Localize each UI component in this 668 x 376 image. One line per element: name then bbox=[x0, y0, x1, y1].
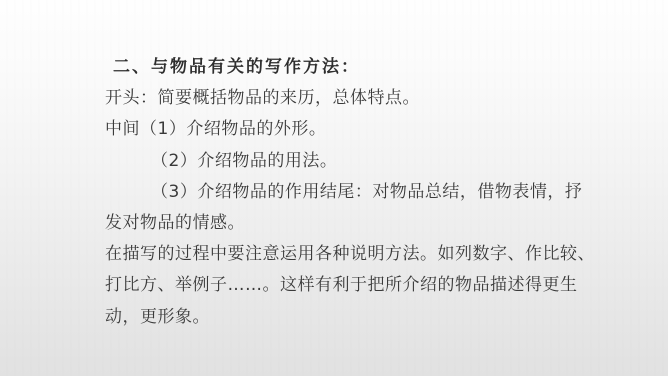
slide-text-line-item3-wrap: 发对物品的情感。 bbox=[105, 208, 585, 239]
slide-text-line-middle-item1: 中间（1）介绍物品的外形。 bbox=[105, 114, 585, 145]
slide-title: 二、与物品有关的写作方法： bbox=[105, 52, 585, 83]
slide-text-line-methods-3: 动，更形象。 bbox=[105, 302, 585, 333]
slide-text-line-middle-item2: （2）介绍物品的用法。 bbox=[105, 146, 585, 177]
slide-text-line-opening: 开头：简要概括物品的来历，总体特点。 bbox=[105, 83, 585, 114]
slide-text-line-methods-2: 打比方、举例子……。这样有利于把所介绍的物品描述得更生 bbox=[105, 270, 585, 301]
slide-text-block: 二、与物品有关的写作方法： 开头：简要概括物品的来历，总体特点。 中间（1）介绍… bbox=[105, 52, 585, 333]
presentation-slide: 二、与物品有关的写作方法： 开头：简要概括物品的来历，总体特点。 中间（1）介绍… bbox=[0, 0, 668, 376]
slide-text-line-middle-item3: （3）介绍物品的作用结尾：对物品总结，借物表情，抒 bbox=[105, 177, 585, 208]
slide-text-line-methods-1: 在描写的过程中要注意运用各种说明方法。如列数字、作比较、 bbox=[105, 239, 585, 270]
